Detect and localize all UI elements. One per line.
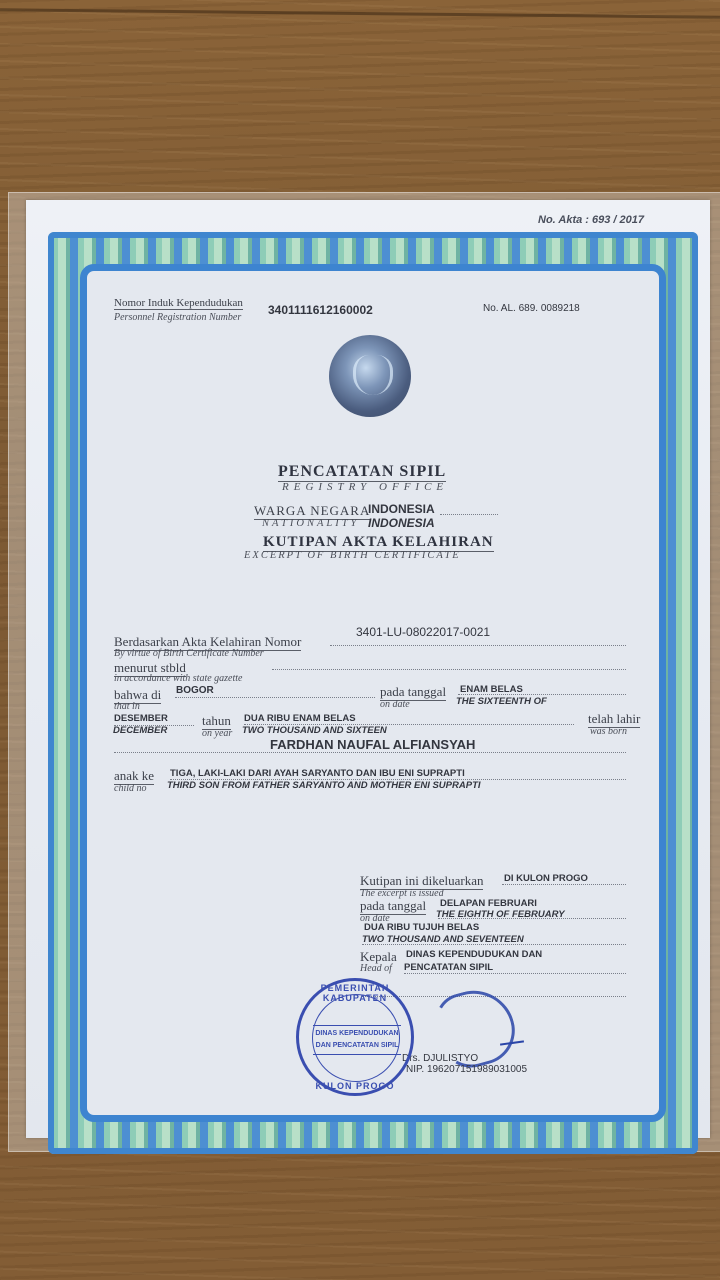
official-stamp: PEMERINTAH KABUPATEN DINAS KEPENDUDUKAN … [296, 978, 414, 1096]
cert-number-value: 3401-LU-08022017-0021 [356, 625, 490, 639]
dotted-line [440, 514, 498, 515]
akta-number: No. Akta : 693 / 2017 [538, 214, 644, 226]
nationality-value-en: INDONESIA [368, 516, 435, 530]
wood-plank-gap [0, 8, 720, 19]
stamp-center-line-2: DAN PENCATATAN SIPIL [313, 1040, 401, 1052]
dotted-line [114, 725, 194, 726]
dotted-line [404, 973, 626, 974]
born-label-en: was born [590, 726, 627, 737]
issued-year-value: DUA RIBU TUJUH BELAS [364, 922, 479, 933]
dotted-line [362, 944, 626, 945]
child-no-value-en: THIRD SON FROM FATHER SARYANTO AND MOTHE… [167, 780, 481, 791]
dotted-line [175, 697, 375, 698]
issued-place: DI KULON PROGO [504, 873, 588, 884]
stamp-bottom-text: KULON PROGO [299, 1081, 411, 1091]
office-title: PENCATATAN SIPIL [278, 463, 446, 482]
nik-label-en: Personnel Registration Number [114, 312, 241, 323]
birth-month-value-en: DECEMBER [113, 725, 167, 736]
dotted-line [272, 669, 626, 670]
document-title-en: EXCERPT OF BIRTH CERTIFICATE [244, 550, 461, 561]
head-label-en: Head of [360, 963, 392, 974]
official-nip: NIP. 196207151989031005 [406, 1064, 527, 1075]
birth-year-value-en: TWO THOUSAND AND SIXTEEN [242, 725, 387, 736]
stamp-center-text: DINAS KEPENDUDUKAN DAN PENCATATAN SIPIL [313, 1025, 401, 1055]
place-value: BOGOR [176, 685, 214, 696]
nationality-value: INDONESIA [368, 502, 435, 516]
stamp-top-text: PEMERINTAH KABUPATEN [299, 983, 411, 1003]
official-name: Drs. DJULISTYO [402, 1053, 478, 1064]
serial-number: No. AL. 689. 0089218 [483, 303, 580, 314]
birth-year-label-en: on year [202, 728, 232, 739]
birth-month-value: DESEMBER [114, 713, 168, 724]
child-name: FARDHAN NAUFAL ALFIANSYAH [270, 737, 475, 752]
place-label-en: that in [114, 701, 140, 712]
head-value-2: PENCATATAN SIPIL [404, 962, 493, 973]
dotted-line [458, 694, 626, 695]
nationality-label-en: NATIONALITY [262, 518, 359, 529]
cert-number-label-en: By virtue of Birth Certificate Number [114, 648, 264, 659]
stamp-center-line-1: DINAS KEPENDUDUKAN [313, 1028, 401, 1040]
birth-date-label-en: on date [380, 699, 410, 710]
dotted-line [330, 645, 626, 646]
dotted-line [502, 884, 626, 885]
birth-date-value-en: THE SIXTEENTH OF [456, 696, 547, 707]
issued-date-value: DELAPAN FEBRUARI [440, 898, 537, 909]
nik-label: Nomor Induk Kependudukan [114, 297, 243, 310]
child-no-label-en: child no [114, 783, 147, 794]
head-value-1: DINAS KEPENDUDUKAN DAN [406, 949, 542, 960]
hologram-seal-icon [329, 335, 411, 417]
nik-value: 3401111612160002 [268, 303, 373, 317]
office-title-en: REGISTRY OFFICE [282, 481, 448, 493]
issued-date-value-en: THE EIGHTH OF FEBRUARY [436, 909, 565, 920]
dotted-line [114, 752, 626, 753]
stbld-label-en: in accordance with state gazette [114, 673, 243, 684]
birth-year-value: DUA RIBU ENAM BELAS [244, 713, 356, 724]
child-no-value: TIGA, LAKI-LAKI DARI AYAH SARYANTO DAN I… [170, 768, 465, 779]
